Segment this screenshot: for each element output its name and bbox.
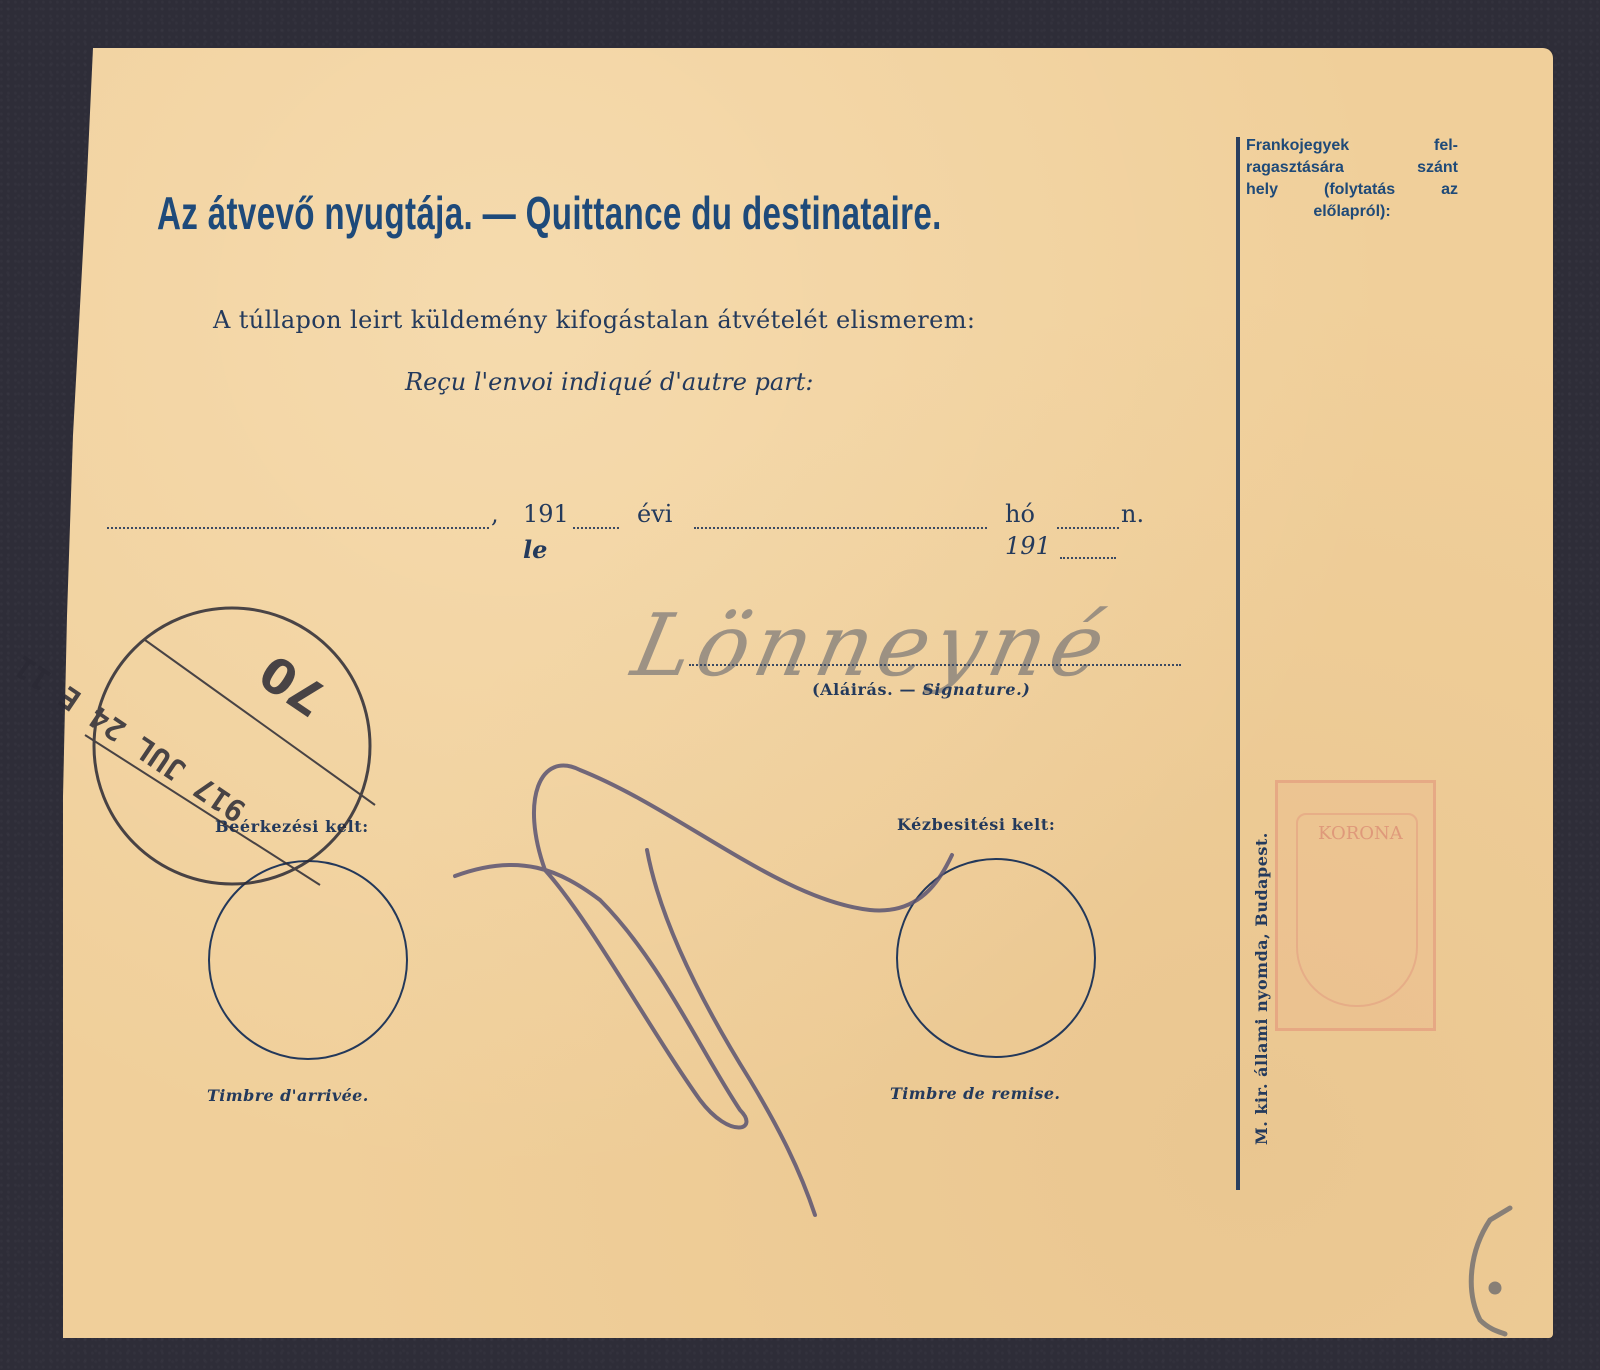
handwriting-and-postmark-overlay: 917 JUL 24 E 11 70	[0, 0, 1600, 1370]
postmark-icon: 917 JUL 24 E 11 70	[8, 608, 375, 885]
postmark-date: 917 JUL 24 E 11	[8, 648, 252, 829]
postmark-number: 70	[250, 643, 337, 727]
corner-pencil-mark-icon	[1471, 1208, 1510, 1334]
crayon-scribble-icon	[455, 766, 952, 1215]
